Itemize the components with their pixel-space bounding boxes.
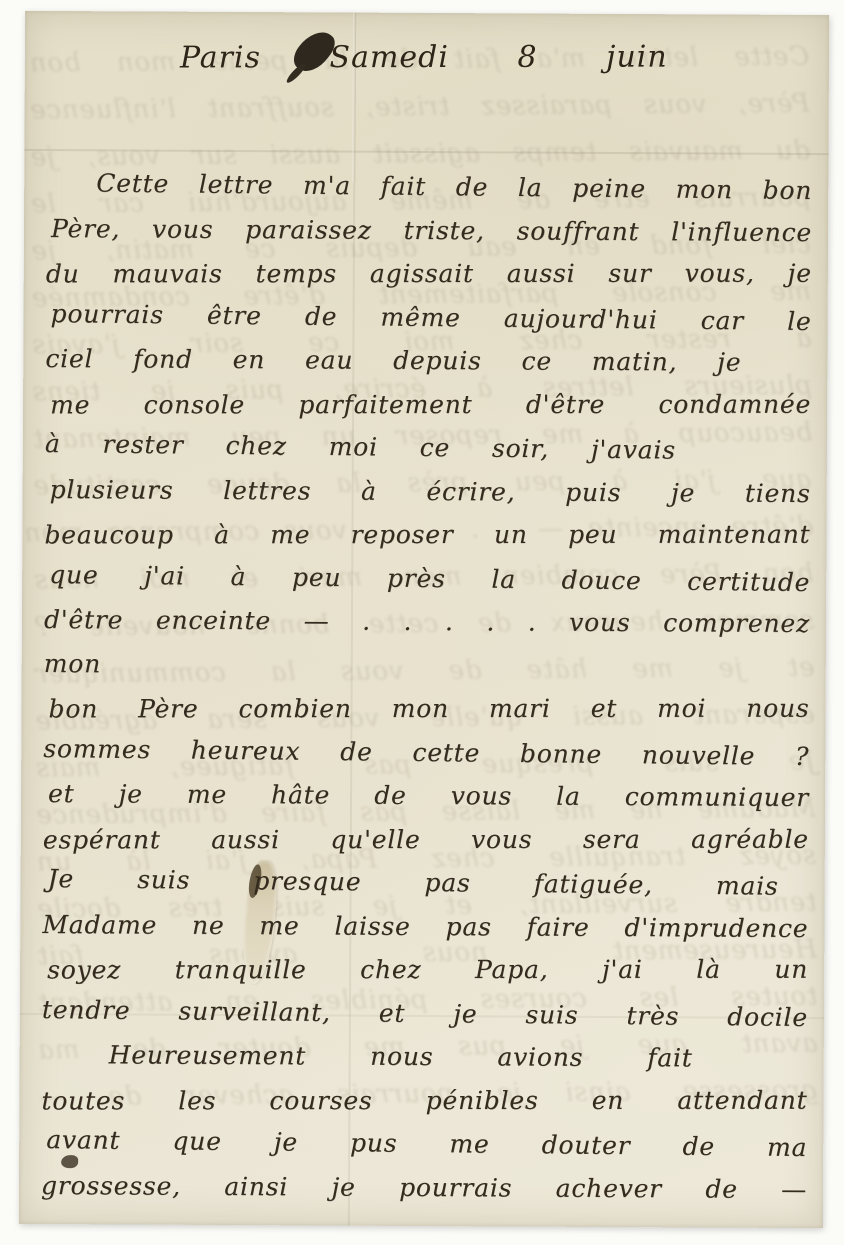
letter-line: Père, vous paraissez triste, souffrant l… <box>51 207 812 254</box>
letter-scan: Cette lettre m'a fait de la peine mon bo… <box>0 0 844 1245</box>
letter-line: me console parfaitement d'être condamnée <box>50 382 811 426</box>
letter-body: Cette lettre m'a fait de la peine mon bo… <box>41 163 812 1211</box>
letter-line: plusieurs lettres à écrire, puis je tien… <box>50 468 811 515</box>
letter-line: beaucoup à me reposer un peu maintenant <box>44 513 810 557</box>
letter-line: grossesse, ainsi je pourrais achever de … <box>41 1164 807 1212</box>
letter-line: Madame ne me laisse pas faire d'impruden… <box>42 903 808 951</box>
letter-line: du mauvais temps agissait aussi sur vous… <box>46 252 812 296</box>
letter-line: Je suis presque pas fatiguée, mais <box>47 857 808 908</box>
letter-line: tendre surveillant, et je suis très doci… <box>42 988 808 1040</box>
letter-line: que j'ai à peu près la douce certitude <box>49 553 810 604</box>
letter-line: toutes les courses pénibles en attendant <box>41 1078 807 1122</box>
fold-crease-horizontal-top <box>24 149 828 155</box>
letter-line: ciel fond en eau depuis ce matin, je <box>45 337 811 385</box>
letter-line: à rester chez moi ce soir, j'avais <box>45 422 811 474</box>
letter-line: et je me hâte de vous la communiquer <box>48 772 809 819</box>
bleed-line: Père, vous paraissez triste, souffrant l… <box>29 81 809 135</box>
letter-line: espérant aussi qu'elle vous sera agréabl… <box>43 817 809 861</box>
letter-line: Heureusement nous avions fait <box>47 1033 808 1080</box>
letter-line: d'être enceinte — . . . . . vous compren… <box>44 598 810 689</box>
letter-paper: Cette lettre m'a fait de la peine mon bo… <box>19 11 829 1228</box>
letter-line: sommes heureux de cette bonne nouvelle ? <box>43 727 809 779</box>
letter-line: pourrais être de même aujourd'hui car le <box>50 292 811 343</box>
letter-line: Cette lettre m'a fait de la peine mon bo… <box>46 161 812 213</box>
dateline: Paris Samedi 8 juin <box>25 34 829 81</box>
letter-line: avant que je pus me douter de ma <box>46 1118 807 1169</box>
letter-line: soyez tranquille chez Papa, j'ai là un <box>47 948 808 992</box>
letter-line: bon Père combien mon mari et moi nous <box>49 687 810 731</box>
